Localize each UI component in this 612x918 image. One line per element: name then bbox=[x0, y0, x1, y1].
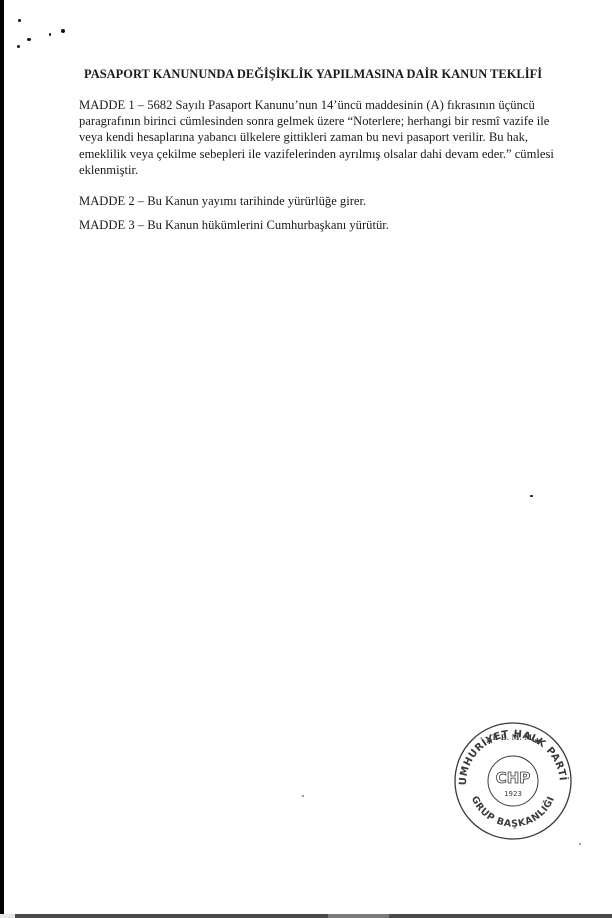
scan-speck bbox=[61, 29, 65, 33]
article-1-line: veya kendi hesaplarına yabancı ülkelere … bbox=[79, 129, 609, 145]
scan-speck bbox=[17, 45, 20, 48]
document-title: PASAPORT KANUNUNDA DEĞİŞİKLİK YAPILMASIN… bbox=[84, 67, 612, 82]
scan-speck bbox=[530, 495, 533, 497]
svg-text:✱: ✱ bbox=[486, 737, 493, 746]
article-1: MADDE 1 – 5682 Sayılı Pasaport Kanunu’nu… bbox=[79, 97, 609, 178]
article-3: MADDE 3 – Bu Kanun hükümlerini Cumhurbaş… bbox=[79, 217, 609, 233]
svg-text:✱: ✱ bbox=[534, 737, 541, 746]
svg-text:CHP: CHP bbox=[496, 769, 531, 787]
article-1-line: MADDE 1 – 5682 Sayılı Pasaport Kanunu’nu… bbox=[79, 97, 609, 113]
scroll-left-button[interactable] bbox=[0, 914, 15, 918]
scrollbar-thumb[interactable] bbox=[328, 914, 389, 918]
article-2: MADDE 2 – Bu Kanun yayımı tarihinde yürü… bbox=[79, 193, 609, 209]
article-2-line: MADDE 2 – Bu Kanun yayımı tarihinde yürü… bbox=[79, 193, 609, 209]
svg-text:T. B. M. M.: T. B. M. M. bbox=[492, 733, 535, 742]
svg-text:GRUP BAŞKANLIĞI: GRUP BAŞKANLIĞI bbox=[469, 794, 557, 829]
scan-speck bbox=[302, 795, 304, 797]
party-seal-stamp-icon: CUMHURİYET HALK PARTİSİ GRUP BAŞKANLIĞI … bbox=[452, 720, 574, 842]
article-3-line: MADDE 3 – Bu Kanun hükümlerini Cumhurbaş… bbox=[79, 217, 609, 233]
scan-speck bbox=[27, 38, 31, 41]
article-1-line: eklenmiştir. bbox=[79, 162, 609, 178]
svg-text:1923: 1923 bbox=[504, 790, 522, 798]
scan-speck bbox=[49, 33, 51, 36]
article-1-line: emeklilik veya çekilme sebepleri ile vaz… bbox=[79, 146, 609, 162]
scan-speck bbox=[579, 843, 581, 845]
article-1-line: paragrafının birinci cümlesinden sonra g… bbox=[79, 113, 609, 129]
scan-speck bbox=[18, 19, 21, 22]
horizontal-scrollbar[interactable] bbox=[0, 914, 612, 918]
scan-left-edge bbox=[0, 0, 4, 914]
